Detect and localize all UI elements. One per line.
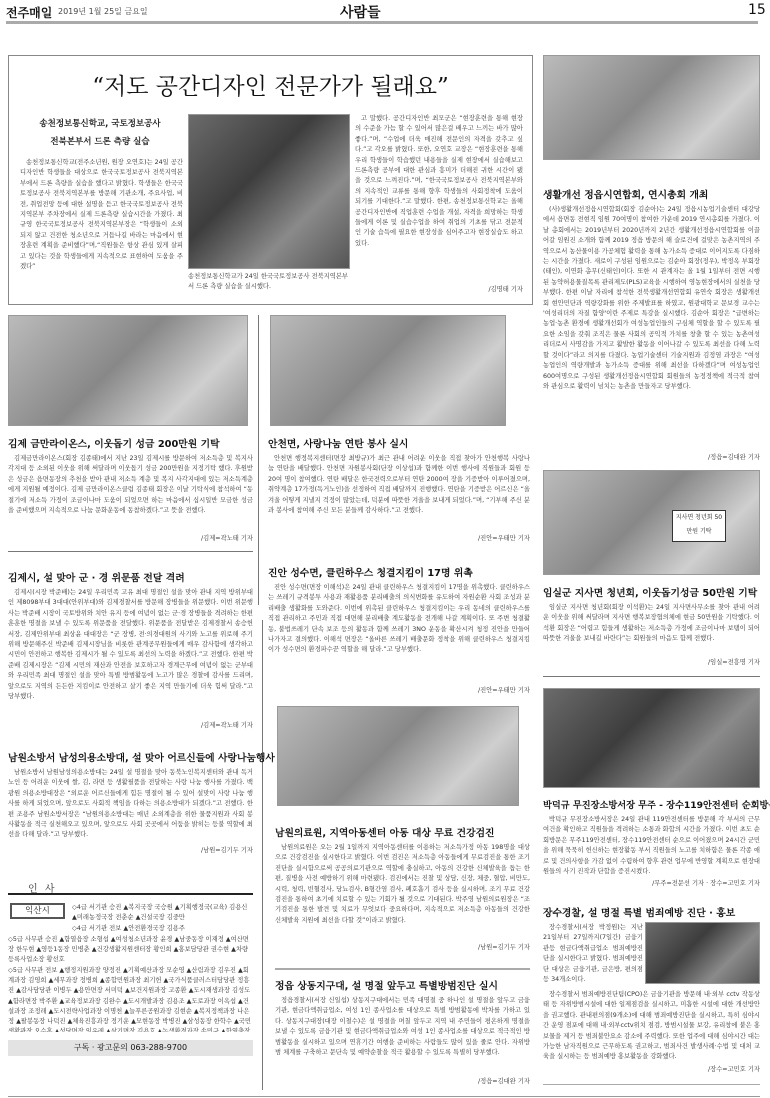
article-body-wrap: 장수경찰서(서장 박정원)는 지난 21일부터 27일까지(7일간) 금융기관등… [543, 923, 643, 985]
section-title: 사람들 [340, 2, 381, 22]
article-body: 김제금만라이온스(회장 김종태)에서 지난 23일 김제시를 방문하여 저소득층… [8, 454, 253, 518]
article-byline: /김제=곽노태 기자 [8, 533, 253, 542]
donation-sign: 지사면 청년회 50만원 기탁 [672, 510, 726, 542]
firefighters-meeting-photo [543, 688, 760, 788]
feature-photo-caption: 송천정보통신학교가 24일 한국국토정보공사 전북지역본부서 드론 측량 실습을… [188, 272, 350, 292]
feature-subheadline: 송천정보통신학교, 국토정보공사 전북본부서 드론 측량 실습 [20, 115, 180, 151]
article-body: 남원소방서 남원남성의용소방대는 24일 설 명절을 맞아 동북노인복지센터와 … [8, 768, 253, 840]
drone-practice-photo [188, 114, 350, 269]
article-byline: /정읍=김대완 기자 [275, 1076, 530, 1085]
feature-byline: /김명태 기자 [355, 284, 523, 293]
masthead-rule [6, 21, 758, 24]
page-bottom-rule [8, 1096, 760, 1097]
article-divider [275, 968, 530, 970]
subscription-contact-bar: 구독 · 광고문의 063-288-9700 [8, 1040, 253, 1056]
article-byline: /진안=우태만 기자 [268, 685, 530, 694]
column-divider [258, 315, 259, 605]
newspaper-name: 전주매일 [6, 4, 52, 21]
article-body: 남원의료원은 오는 2월 1일까지 지역아동센터를 이용하는 저소득가정 아동 … [275, 843, 530, 935]
article-divider [543, 1084, 760, 1085]
article-byline: /무주=전문선 기자 · 장수=고민호 기자 [543, 878, 760, 887]
article-divider [8, 551, 253, 552]
personnel-city-label: 익산시 [10, 903, 65, 919]
article-body: 김제시(시장 박준배)는 24일 우리민족 고유 최대 명절인 설을 맞아 관내… [8, 588, 253, 706]
article-body: 정읍경찰서(서장 신일섭) 상동지구대에서는 민족 대명절 중 하나인 설 명절… [275, 996, 530, 1076]
youth-donation-photo [543, 470, 760, 575]
personnel-rule [8, 893, 253, 895]
article-headline: 진안 성수면, 클린하우스 청결지킴이 17명 위촉 [268, 565, 473, 579]
article-body: 진안 성수면(면장 이해석)은 24일 관내 클린하우스 청결지킴이 17명을 … [268, 583, 530, 681]
article-body: 임실군 지사면 청년회(회장 이석환)는 24일 지사면사무소를 찾아 관내 어… [543, 603, 760, 655]
article-divider [543, 676, 760, 677]
page-number: 15 [748, 2, 766, 18]
article-headline: 임실군 지사면 청년회, 이웃돕기성금 50만원 기탁 [543, 585, 757, 599]
article-headline: 안천면, 사랑나눔 연탄 봉사 실시 [268, 436, 408, 450]
article-headline: 김제시, 설 맞아 군 · 경 위문품 전달 격려 [8, 570, 185, 584]
article-byline: /정읍=김대완 기자 [543, 452, 760, 461]
article-headline: 장수경찰, 설 명절 특별 범죄예방 진단 · 홍보 [543, 905, 735, 919]
feature-body-right: 고 말했다. 공간디자인반 최모군은 “현장훈련을 통해 현장의 수준을 가늠 … [355, 114, 523, 282]
article-byline: /장수=고민호 기자 [543, 1064, 760, 1073]
personnel-line-3: ◇5급 사무관 승진 ▲함열읍장 소형섭 ▲여성청소년과장 윤경 ▲남중동장 이… [8, 935, 253, 967]
article-byline: /남원=김기두 기자 [8, 845, 253, 854]
police-atm-inspection-photo [645, 922, 760, 984]
feature-headline: “저도 공간디자인 전문가가 될래요” [8, 68, 533, 101]
personnel-line-2: ◇4급 서기관 전보 ▲안전환경국장 김용주 [72, 924, 252, 934]
issue-date: 2019년 1월 25일 금요일 [58, 6, 148, 17]
feature-sub-line-2: 전북본부서 드론 측량 실습 [20, 133, 180, 151]
article-byline: /김제=곽노태 기자 [8, 720, 253, 729]
article-headline: 남원소방서 남성의용소방대, 설 맞아 어르신들에 사랑나눔행사 [8, 750, 275, 764]
children-health-check-photo [277, 706, 519, 806]
column-divider [262, 620, 263, 1090]
personnel-line-1: ◇4급 서기관 승진 ▲복지국장 국승원 ▲기획행정국(교육) 김용신 ▲미래농… [72, 903, 252, 923]
lions-club-group-photo [8, 315, 248, 426]
article-headline: 김제 금만라이온스, 이웃돕기 성금 200만원 기탁 [8, 436, 220, 450]
article-headline: 생활개선 정읍시연합회, 연시총회 개최 [543, 187, 708, 201]
article-body: 장수경찰서 범죄예방진단팀(CPO)은 금융기관을 방문해 내·외부 cctv … [543, 990, 760, 1062]
feature-body-left: 송천정보통신학교(전주소년원, 원장 오연호)는 24일 공간디자인반 학생들을… [20, 158, 183, 293]
article-headline: 남원의료원, 지역아동센터 아동 대상 무료 건강검진 [275, 825, 495, 839]
briquette-volunteers-photo [270, 315, 506, 426]
article-body: 안천면 행정복지센터(면장 최방규)가 최근 관내 어려운 이웃을 직접 찾아가… [268, 454, 530, 528]
article-body: 박덕규 무진장소방서장은 24일 관내 119안전센터를 방문해 각 부서의 근… [543, 815, 760, 877]
feature-sub-line-1: 송천정보통신학교, 국토정보공사 [20, 115, 180, 133]
article-headline: 정읍 상동지구대, 설 명절 앞두고 특별방범진단 실시 [275, 978, 498, 992]
assembly-hall-photo [543, 55, 760, 160]
article-byline: /임실=전흥명 기자 [543, 657, 760, 666]
article-byline: /진안=우태만 기자 [268, 533, 530, 542]
article-byline: /남원=김기두 기자 [275, 942, 530, 951]
article-body: (사)생활개선정읍시연합회(회장 김순아)는 24일 정읍시농업기술센터 대강당… [543, 205, 760, 450]
personnel-line-4: ◇5급 사무관 전보 ▲행정지원과장 양정진 ▲기획예산과장 모순영 ▲산림과장… [8, 966, 253, 1032]
article-headline: 박덕규 무진장소방서장 무주 - 장수119안전센터 순회방문 [543, 797, 770, 811]
